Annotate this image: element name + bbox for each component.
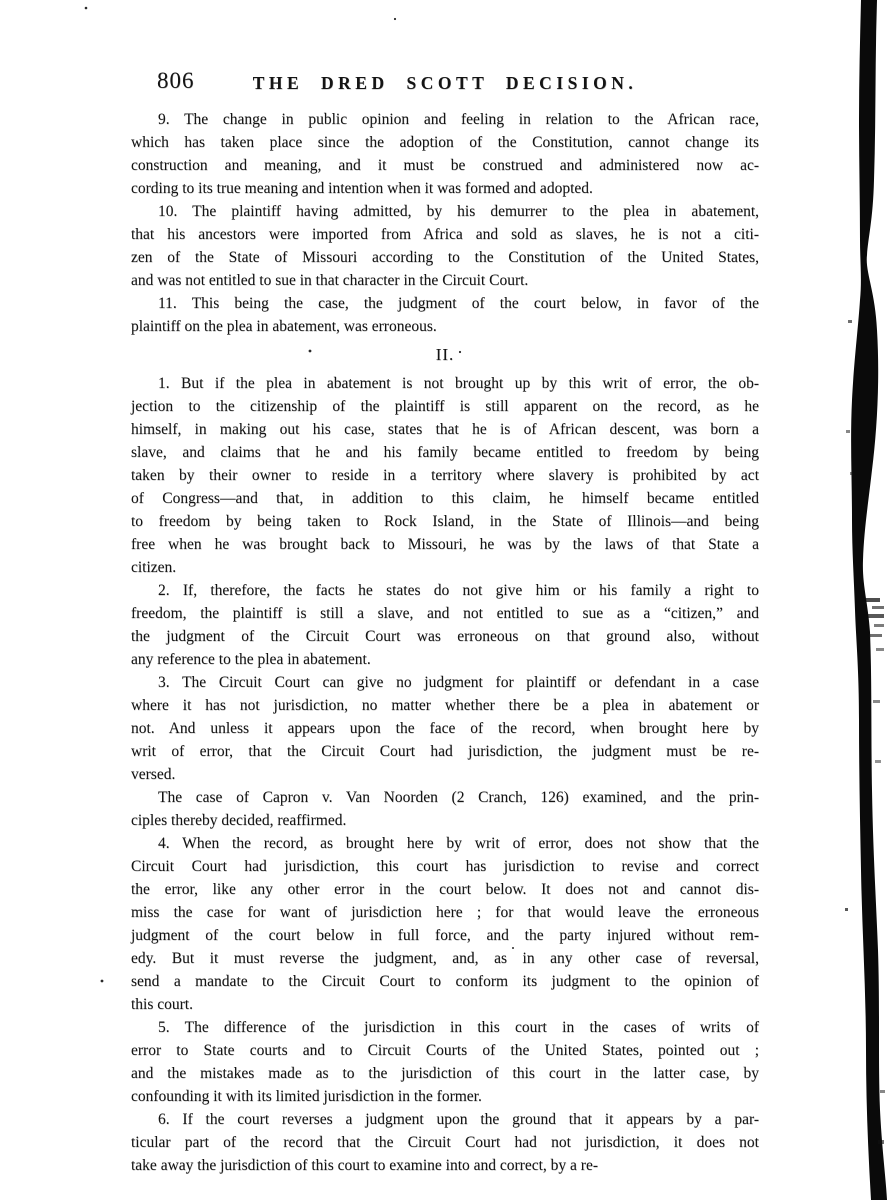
text-line: 11. This being the case, the judgment of…	[131, 292, 759, 315]
text-line: construction and meaning, and it must be…	[131, 154, 759, 177]
paragraph: 1. But if the plea in abatement is not b…	[131, 372, 759, 579]
paragraph: 5. The difference of the jurisdiction in…	[131, 1016, 759, 1108]
paragraph: 10. The plaintiff having admitted, by hi…	[131, 200, 759, 292]
text-line: the error, like any other error in the c…	[131, 878, 759, 901]
paragraph: 3. The Circuit Court can give no judgmen…	[131, 671, 759, 786]
text-line: taken by their owner to reside in a terr…	[131, 464, 759, 487]
paragraph: 11. This being the case, the judgment of…	[131, 292, 759, 338]
text-line: to freedom by being taken to Rock Island…	[131, 510, 759, 533]
paragraph: 6. If the court reverses a judgment upon…	[131, 1108, 759, 1177]
text-line: 2. If, therefore, the facts he states do…	[131, 579, 759, 602]
running-title: THE DRED SCOTT DECISION.	[131, 68, 759, 94]
text-line: not. And unless it appears upon the face…	[131, 717, 759, 740]
text-line: himself, in making out his case, states …	[131, 418, 759, 441]
text-line: of Congress—and that, in addition to thi…	[131, 487, 759, 510]
text-line: where it has not jurisdiction, no matter…	[131, 694, 759, 717]
text-line: plaintiff on the plea in abatement, was …	[131, 315, 759, 338]
paragraph: 2. If, therefore, the facts he states do…	[131, 579, 759, 671]
scanned-book-page: 806 THE DRED SCOTT DECISION. 9. The chan…	[0, 0, 887, 1200]
text-line: take away the jurisdiction of this court…	[131, 1154, 759, 1177]
text-line: edy. But it must reverse the judgment, a…	[131, 947, 759, 970]
text-line: 1. But if the plea in abatement is not b…	[131, 372, 759, 395]
text-line: any reference to the plea in abatement.	[131, 648, 759, 671]
text-line: versed.	[131, 763, 759, 786]
text-line: jection to the citizenship of the plaint…	[131, 395, 759, 418]
text-line: slave, and claims that he and his family…	[131, 441, 759, 464]
text-line: miss the case for want of jurisdiction h…	[131, 901, 759, 924]
page-header: 806 THE DRED SCOTT DECISION.	[131, 68, 759, 98]
text-line: ticular part of the record that the Circ…	[131, 1131, 759, 1154]
text-line: the judgment of the Circuit Court was er…	[131, 625, 759, 648]
paragraph: The case of Capron v. Van Noorden (2 Cra…	[131, 786, 759, 832]
text-line: this court.	[131, 993, 759, 1016]
text-line: Circuit Court had jurisdiction, this cou…	[131, 855, 759, 878]
text-line: which has taken place since the adoption…	[131, 131, 759, 154]
scan-speckles	[845, 320, 885, 1144]
text-line: 5. The difference of the jurisdiction in…	[131, 1016, 759, 1039]
text-line: 4. When the record, as brought here by w…	[131, 832, 759, 855]
text-line: send a mandate to the Circuit Court to c…	[131, 970, 759, 993]
paragraph: 4. When the record, as brought here by w…	[131, 832, 759, 1016]
text-line: ciples thereby decided, reaffirmed.	[131, 809, 759, 832]
text-line: The case of Capron v. Van Noorden (2 Cra…	[131, 786, 759, 809]
text-line: error to State courts and to Circuit Cou…	[131, 1039, 759, 1062]
text-line: writ of error, that the Circuit Court ha…	[131, 740, 759, 763]
text-line: and the mistakes made as to the jurisdic…	[131, 1062, 759, 1085]
text-line: and was not entitled to sue in that char…	[131, 269, 759, 292]
text-line: zen of the State of Missouri according t…	[131, 246, 759, 269]
section-heading: II.	[131, 343, 759, 366]
text-line: confounding it with its limited jurisdic…	[131, 1085, 759, 1108]
text-line: 6. If the court reverses a judgment upon…	[131, 1108, 759, 1131]
text-line: free when he was brought back to Missour…	[131, 533, 759, 556]
text-line: that his ancestors were imported from Af…	[131, 223, 759, 246]
text-line: citizen.	[131, 556, 759, 579]
text-line: 3. The Circuit Court can give no judgmen…	[131, 671, 759, 694]
page-number: 806	[157, 68, 195, 94]
text-line: freedom, the plaintiff is still a slave,…	[131, 602, 759, 625]
text-line: 10. The plaintiff having admitted, by hi…	[131, 200, 759, 223]
body-text-column: 9. The change in public opinion and feel…	[131, 108, 759, 1177]
text-line: 9. The change in public opinion and feel…	[131, 108, 759, 131]
text-line: judgment of the court below in full forc…	[131, 924, 759, 947]
paragraph: 9. The change in public opinion and feel…	[131, 108, 759, 200]
text-line: cording to its true meaning and intentio…	[131, 177, 759, 200]
